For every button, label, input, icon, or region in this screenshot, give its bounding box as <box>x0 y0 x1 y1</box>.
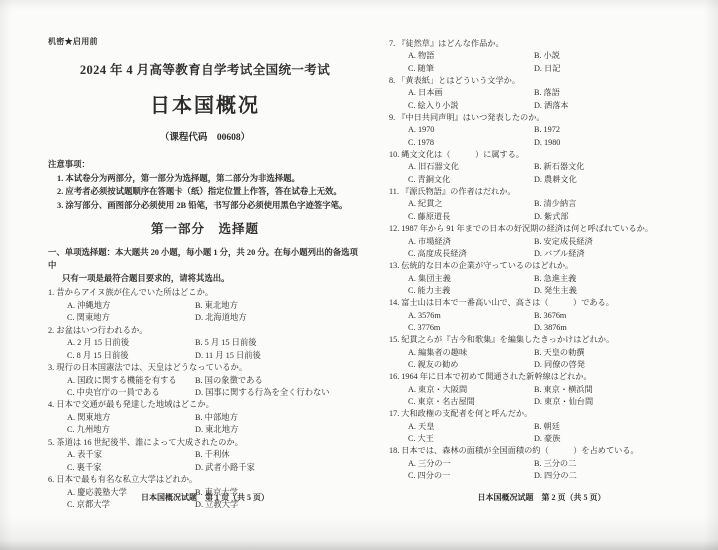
question-stem: 16. 1964 年に日本で初めて開通された新幹線はどれか。 <box>389 371 694 383</box>
question-stem: 18. 日本では、森林の面積が全国面積の約（ ）を占めている。 <box>389 445 694 457</box>
question-option: A. 2 月 15 日前後 <box>67 337 195 349</box>
question-12: 12. 1987 年から 91 年までの日本の好況期の経済は何と呼ばれているか。… <box>389 223 694 260</box>
note-item: 3. 涂写部分、画图部分必须使用 2B 铅笔，书写部分必须使用黑色字迹签字笔。 <box>48 199 362 213</box>
question-option: A. 国政に関する機能を有する <box>67 375 195 387</box>
question-option: D. 東京・仙台間 <box>534 396 694 408</box>
question-stem: 15. 紀貫之らが『古今和歌集』を編集したきっかけはどれか。 <box>389 334 694 346</box>
question-option: B. 3676m <box>534 310 694 322</box>
question-option: C. 1978 <box>408 137 534 149</box>
question-option: C. 親友の勧め <box>408 359 534 371</box>
question-option: C. 能力主義 <box>408 285 534 297</box>
question-option: B. 千利休 <box>195 449 362 461</box>
question-option: B. 天皇の勅撰 <box>534 347 694 359</box>
question-option: D. 国事に関する行為を全く行わない <box>195 387 362 399</box>
question-option: B. 急進主義 <box>534 273 694 285</box>
question-stem: 13. 伝統的な日本の企業が守っているのはどれか。 <box>389 260 694 272</box>
question-4: 4. 日本で交通が最も発達した地域はどこか。 A. 関東地方 B. 中部地方 C… <box>48 399 362 436</box>
question-stem: 4. 日本で交通が最も発達した地域はどこか。 <box>48 399 362 411</box>
exam-page-2: 7. 『徒然草』はどんな作品か。 A. 物語 B. 小説 C. 随筆 D. 日記… <box>389 36 694 482</box>
question-option: D. 東北地方 <box>195 424 362 436</box>
question-option: D. 日記 <box>534 63 694 75</box>
question-option: D. 11 月 15 日前後 <box>195 350 362 362</box>
question-17: 17. 大和政権の支配者を何と呼んだか。 A. 天皇 B. 朝廷 C. 大王 D… <box>389 408 694 445</box>
question-option: D. 同僚の啓発 <box>534 359 694 371</box>
question-option: D. 3876m <box>534 322 694 334</box>
question-option: D. 発生主義 <box>534 285 694 297</box>
question-option: C. 東京・名古屋間 <box>408 396 534 408</box>
question-option: D. バブル経済 <box>534 248 694 260</box>
question-option: C. 大王 <box>408 433 534 445</box>
question-option: A. 1970 <box>408 124 534 136</box>
question-7: 7. 『徒然草』はどんな作品か。 A. 物語 B. 小説 C. 随筆 D. 日記 <box>389 38 694 75</box>
notes-section: 注意事项： 1. 本试卷分为两部分，第一部分为选择题，第二部分为非选择题。 2.… <box>48 158 362 212</box>
note-item: 1. 本试卷分为两部分，第一部分为选择题，第二部分为非选择题。 <box>48 172 362 186</box>
question-list-page1: 1. 昔からアイヌ族が住んでいた所はどこか。 A. 沖縄地方 B. 東北地方 C… <box>48 287 362 511</box>
question-stem: 17. 大和政権の支配者を何と呼んだか。 <box>389 408 694 420</box>
question-stem: 2. お盆はいつ行われるか。 <box>48 325 362 337</box>
question-option: C. 藤原道長 <box>408 211 534 223</box>
question-option: D. 1980 <box>534 137 694 149</box>
question-option: C. 関東地方 <box>67 312 195 324</box>
section-intro-line1: 一、单项选择题：本大题共 20 小题，每小题 1 分，共 20 分。在每小题列出… <box>48 246 362 272</box>
question-option: C. 絵入り小説 <box>408 100 534 112</box>
question-9: 9. 『中日共同声明』はいつ発表したのか。 A. 1970 B. 1972 C.… <box>389 112 694 149</box>
part-one-heading: 第一部分 选择题 <box>48 219 362 237</box>
question-option: A. 3576m <box>408 310 534 322</box>
question-option: B. 新石器文化 <box>534 161 694 173</box>
question-stem: 7. 『徒然草』はどんな作品か。 <box>389 38 694 50</box>
question-option: A. 日本画 <box>408 87 534 99</box>
question-option: A. 天皇 <box>408 421 534 433</box>
question-option: D. 紫式部 <box>534 211 694 223</box>
question-option: A. 関東地方 <box>67 412 195 424</box>
question-option: B. 5 月 15 日前後 <box>195 337 362 349</box>
question-option: C. 8 月 15 日前後 <box>67 350 195 362</box>
question-option: B. 中部地方 <box>195 412 362 424</box>
question-stem: 14. 富士山は日本で一番高い山で、高さは（ ）である。 <box>389 297 694 309</box>
question-option: B. 朝廷 <box>534 421 694 433</box>
question-stem: 3. 現行の日本国憲法では、天皇はどうなっているか。 <box>48 362 362 374</box>
question-1: 1. 昔からアイヌ族が住んでいた所はどこか。 A. 沖縄地方 B. 東北地方 C… <box>48 287 362 324</box>
question-option: D. 武者小路千家 <box>195 462 362 474</box>
question-option: B. 小説 <box>534 50 694 62</box>
question-option: B. 落語 <box>534 87 694 99</box>
question-16: 16. 1964 年に日本で初めて開通された新幹線はどれか。 A. 東京・大阪間… <box>389 371 694 408</box>
question-option: B. 国の象徴である <box>195 375 362 387</box>
question-list-page2: 7. 『徒然草』はどんな作品か。 A. 物語 B. 小説 C. 随筆 D. 日記… <box>389 38 694 482</box>
subject-title: 日本国概况 <box>48 89 362 118</box>
question-10: 10. 縄文文化は（ ）に属する。 A. 旧石器文化 B. 新石器文化 C. 青… <box>389 149 694 186</box>
question-option: D. 豪族 <box>534 433 694 445</box>
question-option: A. 紀貫之 <box>408 198 534 210</box>
question-11: 11. 『源氏物語』の作者はだれか。 A. 紀貫之 B. 清少納言 C. 藤原道… <box>389 186 694 223</box>
question-stem: 1. 昔からアイヌ族が住んでいた所はどこか。 <box>48 287 362 299</box>
question-15: 15. 紀貫之らが『古今和歌集』を編集したきっかけはどれか。 A. 編集者の趣味… <box>389 334 694 371</box>
question-stem: 8. 「黄表紙」とはどういう文学か。 <box>389 75 694 87</box>
note-item: 2. 应考者必须按试题顺序在答题卡（纸）指定位置上作答，答在试卷上无效。 <box>48 185 362 199</box>
question-option: A. 三分の一 <box>408 458 534 470</box>
question-stem: 11. 『源氏物語』の作者はだれか。 <box>389 186 694 198</box>
question-option: C. 青銅文化 <box>408 174 534 186</box>
question-option: C. 裏千家 <box>67 462 195 474</box>
page-footer-2: 日本国概况试题 第 2 页（共 5 页） <box>389 492 694 503</box>
section-intro-line2: 只有一项是最符合题目要求的，请将其选出。 <box>48 272 362 285</box>
exam-session-title: 2024 年 4 月高等教育自学考试全国统一考试 <box>48 60 362 78</box>
question-13: 13. 伝統的な日本の企業が守っているのはどれか。 A. 集団主義 B. 急進主… <box>389 260 694 297</box>
question-5: 5. 茶道は 16 世紀後半、誰によって大成されたのか。 A. 表千家 B. 千… <box>48 437 362 474</box>
question-option: A. 集団主義 <box>408 273 534 285</box>
question-option: B. 東北地方 <box>195 300 362 312</box>
question-option: A. 東京・大阪間 <box>408 384 534 396</box>
page-footer-1: 日本国概况试题 第 1 页（共 5 页） <box>48 492 362 503</box>
question-option: D. 農耕文化 <box>534 174 694 186</box>
question-option: A. 表千家 <box>67 449 195 461</box>
question-option: D. 四分の二 <box>534 470 694 482</box>
exam-page-1: 机密★启用前 2024 年 4 月高等教育自学考试全国统一考试 日本国概况 （课… <box>48 36 362 512</box>
question-2: 2. お盆はいつ行われるか。 A. 2 月 15 日前後 B. 5 月 15 日… <box>48 325 362 362</box>
question-option: B. 三分の二 <box>534 458 694 470</box>
question-option: A. 市場経済 <box>408 236 534 248</box>
question-stem: 9. 『中日共同声明』はいつ発表したのか。 <box>389 112 694 124</box>
question-option: C. 3776m <box>408 322 534 334</box>
question-stem: 6. 日本で最も有名な私立大学はどれか。 <box>48 474 362 486</box>
question-option: B. 安定成長経済 <box>534 236 694 248</box>
question-8: 8. 「黄表紙」とはどういう文学か。 A. 日本画 B. 落語 C. 絵入り小説… <box>389 75 694 112</box>
question-option: B. 清少納言 <box>534 198 694 210</box>
question-stem: 5. 茶道は 16 世紀後半、誰によって大成されたのか。 <box>48 437 362 449</box>
question-option: B. 1972 <box>534 124 694 136</box>
question-option: C. 中央官庁の一員である <box>67 387 195 399</box>
course-code: （课程代码 00608） <box>48 129 362 143</box>
question-option: D. 北海道地方 <box>195 312 362 324</box>
question-18: 18. 日本では、森林の面積が全国面積の約（ ）を占めている。 A. 三分の一 … <box>389 445 694 482</box>
question-option: D. 洒落本 <box>534 100 694 112</box>
question-option: C. 四分の一 <box>408 470 534 482</box>
question-option: B. 東京・横浜間 <box>534 384 694 396</box>
question-stem: 12. 1987 年から 91 年までの日本の好況期の経済は何と呼ばれているか。 <box>389 223 694 235</box>
classification-label: 机密★启用前 <box>48 36 362 47</box>
question-stem: 10. 縄文文化は（ ）に属する。 <box>389 149 694 161</box>
question-option: C. 随筆 <box>408 63 534 75</box>
question-option: A. 沖縄地方 <box>67 300 195 312</box>
question-3: 3. 現行の日本国憲法では、天皇はどうなっているか。 A. 国政に関する機能を有… <box>48 362 362 399</box>
question-option: A. 物語 <box>408 50 534 62</box>
question-option: C. 高度成長経済 <box>408 248 534 260</box>
notes-heading: 注意事项： <box>48 158 362 172</box>
question-option: A. 旧石器文化 <box>408 161 534 173</box>
question-option: C. 九州地方 <box>67 424 195 436</box>
question-14: 14. 富士山は日本で一番高い山で、高さは（ ）である。 A. 3576m B.… <box>389 297 694 334</box>
section-one-intro: 一、单项选择题：本大题共 20 小题，每小题 1 分，共 20 分。在每小题列出… <box>48 246 362 285</box>
question-option: A. 編集者の趣味 <box>408 347 534 359</box>
